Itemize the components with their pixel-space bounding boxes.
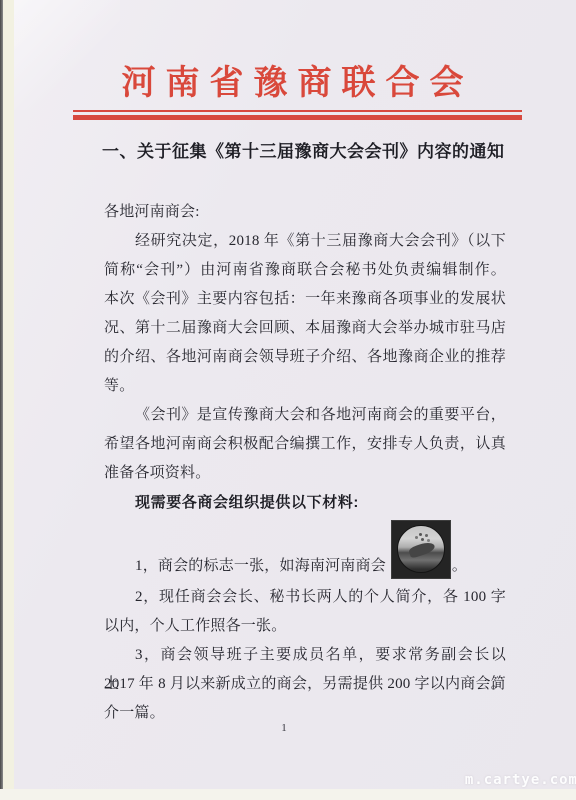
body-line: 希望各地河南商会积极配合编撰工作，安排专人负责，认真 — [104, 430, 506, 459]
body-line: 况、第十二届豫商大会回顾、本届豫商大会举办城市驻马店 — [104, 314, 506, 343]
scanned-document-page: 河南省豫商联合会 一、关于征集《第十三届豫商大会会刊》内容的通知 各地河南商会:… — [0, 0, 576, 800]
letterhead-rule-thin — [73, 110, 522, 112]
body-line: 以内，个人工作照各一张。 — [104, 612, 506, 641]
materials-heading-line: 现需要各商会组织提供以下材料: — [104, 488, 506, 517]
logo-example-line: 1，商会的标志一张，如海南河南商会 。 — [104, 517, 506, 579]
logo-line-text: 1，商会的标志一张，如海南河南商会 — [135, 553, 386, 579]
body-line: 经研究决定，2018 年《第十三届豫商大会会刊》（以下 — [104, 227, 506, 256]
body-line: 本次《会刊》主要内容包括：一年来豫商各项事业的发展状 — [104, 285, 506, 314]
notice-title: 一、关于征集《第十三届豫商大会会刊》内容的通知 — [102, 141, 504, 163]
body-line: 简称“会刊”）由河南省豫商联合会秘书处负责编辑制作。 — [104, 256, 506, 285]
salutation-line: 各地河南商会: — [104, 198, 506, 227]
scan-edge-paper-strip — [3, 0, 14, 800]
letterhead-rule-thick — [73, 115, 522, 120]
logo-emblem-circle — [397, 525, 445, 573]
body-line: 2017 年 8 月以来新成立的商会，另需提供 200 字以内商会简 — [104, 670, 506, 699]
body-line: 3，商会领导班子主要成员名单，要求常务副会长以上。 — [104, 641, 506, 670]
hainan-henan-chamber-logo-icon — [392, 521, 450, 578]
body-line: 《会刊》是宣传豫商大会和各地河南商会的重要平台， — [104, 401, 506, 430]
body-line: 2，现任商会会长、秘书长两人的个人简介，各 100 字 — [104, 583, 506, 612]
body-line: 准备各项资料。 — [104, 459, 506, 488]
document-body: 各地河南商会: 经研究决定，2018 年《第十三届豫商大会会刊》（以下 简称“会… — [104, 198, 506, 728]
body-line: 等。 — [104, 372, 506, 401]
body-line: 的介绍、各地河南商会领导班子介绍、各地豫商企业的推荐 — [104, 343, 506, 372]
scan-bottom-band — [0, 789, 576, 800]
page-number: 1 — [104, 722, 464, 734]
watermark: m.cartye.com — [465, 772, 576, 788]
logo-line-period: 。 — [452, 553, 467, 579]
letterhead-org-name: 河南省豫商联合会 — [73, 64, 522, 104]
